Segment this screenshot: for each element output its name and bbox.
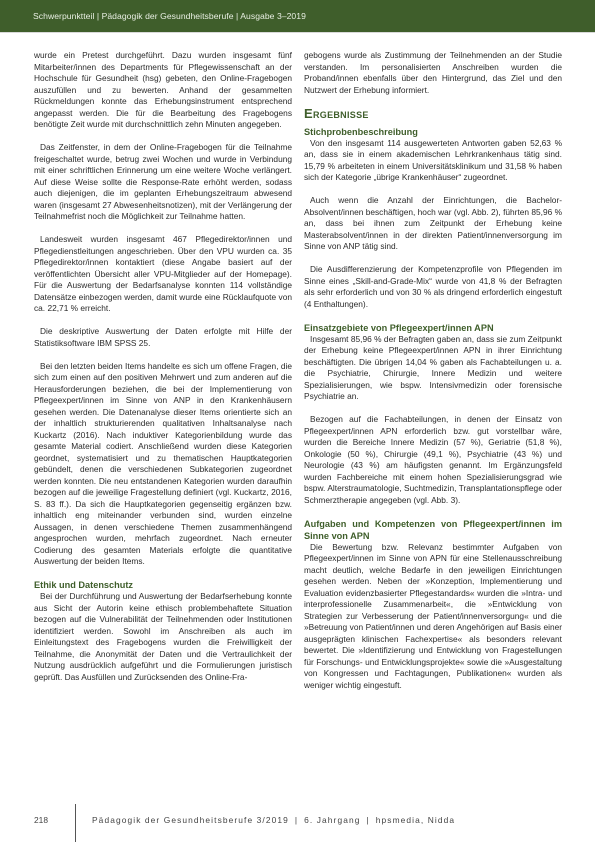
left-column: wurde ein Pretest durchgeführt. Dazu wur… — [34, 50, 292, 683]
paragraph-sample-contact: Landesweit wurden insgesamt 467 Pflegedi… — [34, 234, 292, 315]
footer-volume: 6. Jahrgang — [304, 815, 360, 825]
footer-separator: | — [366, 815, 369, 825]
right-column: gebogens wurde als Zustimmung der Teilne… — [304, 50, 562, 691]
footer-publisher: hpsmedia, Nidda — [376, 815, 455, 825]
running-head-text: Schwerpunktteil | Pädagogik der Gesundhe… — [33, 11, 306, 21]
paragraph-apn-employed: Insgesamt 85,96 % der Befragten gaben an… — [304, 334, 562, 403]
paragraph-tasks: Die Bewertung bzw. Relevanz bestimmter A… — [304, 542, 562, 692]
paragraph-consent: gebogens wurde als Zustimmung der Teilne… — [304, 50, 562, 96]
running-header-bar: Schwerpunktteil | Pädagogik der Gesundhe… — [0, 0, 595, 32]
subheading-tasks: Aufgaben und Kompetenzen von Pflegeexper… — [304, 518, 562, 542]
subheading-areas: Einsatzgebiete von Pflegeexpert/innen AP… — [304, 322, 562, 334]
page-number: 218 — [34, 815, 48, 825]
paragraph-sample-description: Von den insgesamt 114 ausgewerteten Antw… — [304, 138, 562, 184]
footer-journal: Pädagogik der Gesundheitsberufe 3/2019 — [92, 815, 289, 825]
paragraph-open-questions: Bei den letzten beiden Items handelte es… — [34, 361, 292, 568]
section-title-results: Ergebnisse — [304, 108, 562, 120]
paragraph-bachelor: Auch wenn die Anzahl der Einrichtungen, … — [304, 195, 562, 253]
paragraph-spss: Die deskriptive Auswertung der Daten erf… — [34, 326, 292, 349]
footer-separator: | — [295, 815, 298, 825]
subheading-ethics: Ethik und Datenschutz — [34, 579, 292, 591]
header-divider — [0, 32, 595, 33]
paragraph-ethics: Bei der Durchführung und Auswertung der … — [34, 591, 292, 683]
footer-vertical-rule — [75, 804, 76, 842]
paragraph-departments: Bezogen auf die Fachabteilungen, in dene… — [304, 414, 562, 506]
paragraph-skill-grade-mix: Die Ausdifferenzierung der Kompetenzprof… — [304, 264, 562, 310]
subheading-sample: Stichprobenbeschreibung — [304, 126, 562, 138]
paragraph-pretest: wurde ein Pretest durchgeführt. Dazu wur… — [34, 50, 292, 131]
footer-citation: Pädagogik der Gesundheitsberufe 3/2019|6… — [92, 815, 455, 825]
page-footer: 218 Pädagogik der Gesundheitsberufe 3/20… — [0, 800, 595, 842]
paragraph-time-window: Das Zeitfenster, in dem der Online-Frage… — [34, 142, 292, 223]
